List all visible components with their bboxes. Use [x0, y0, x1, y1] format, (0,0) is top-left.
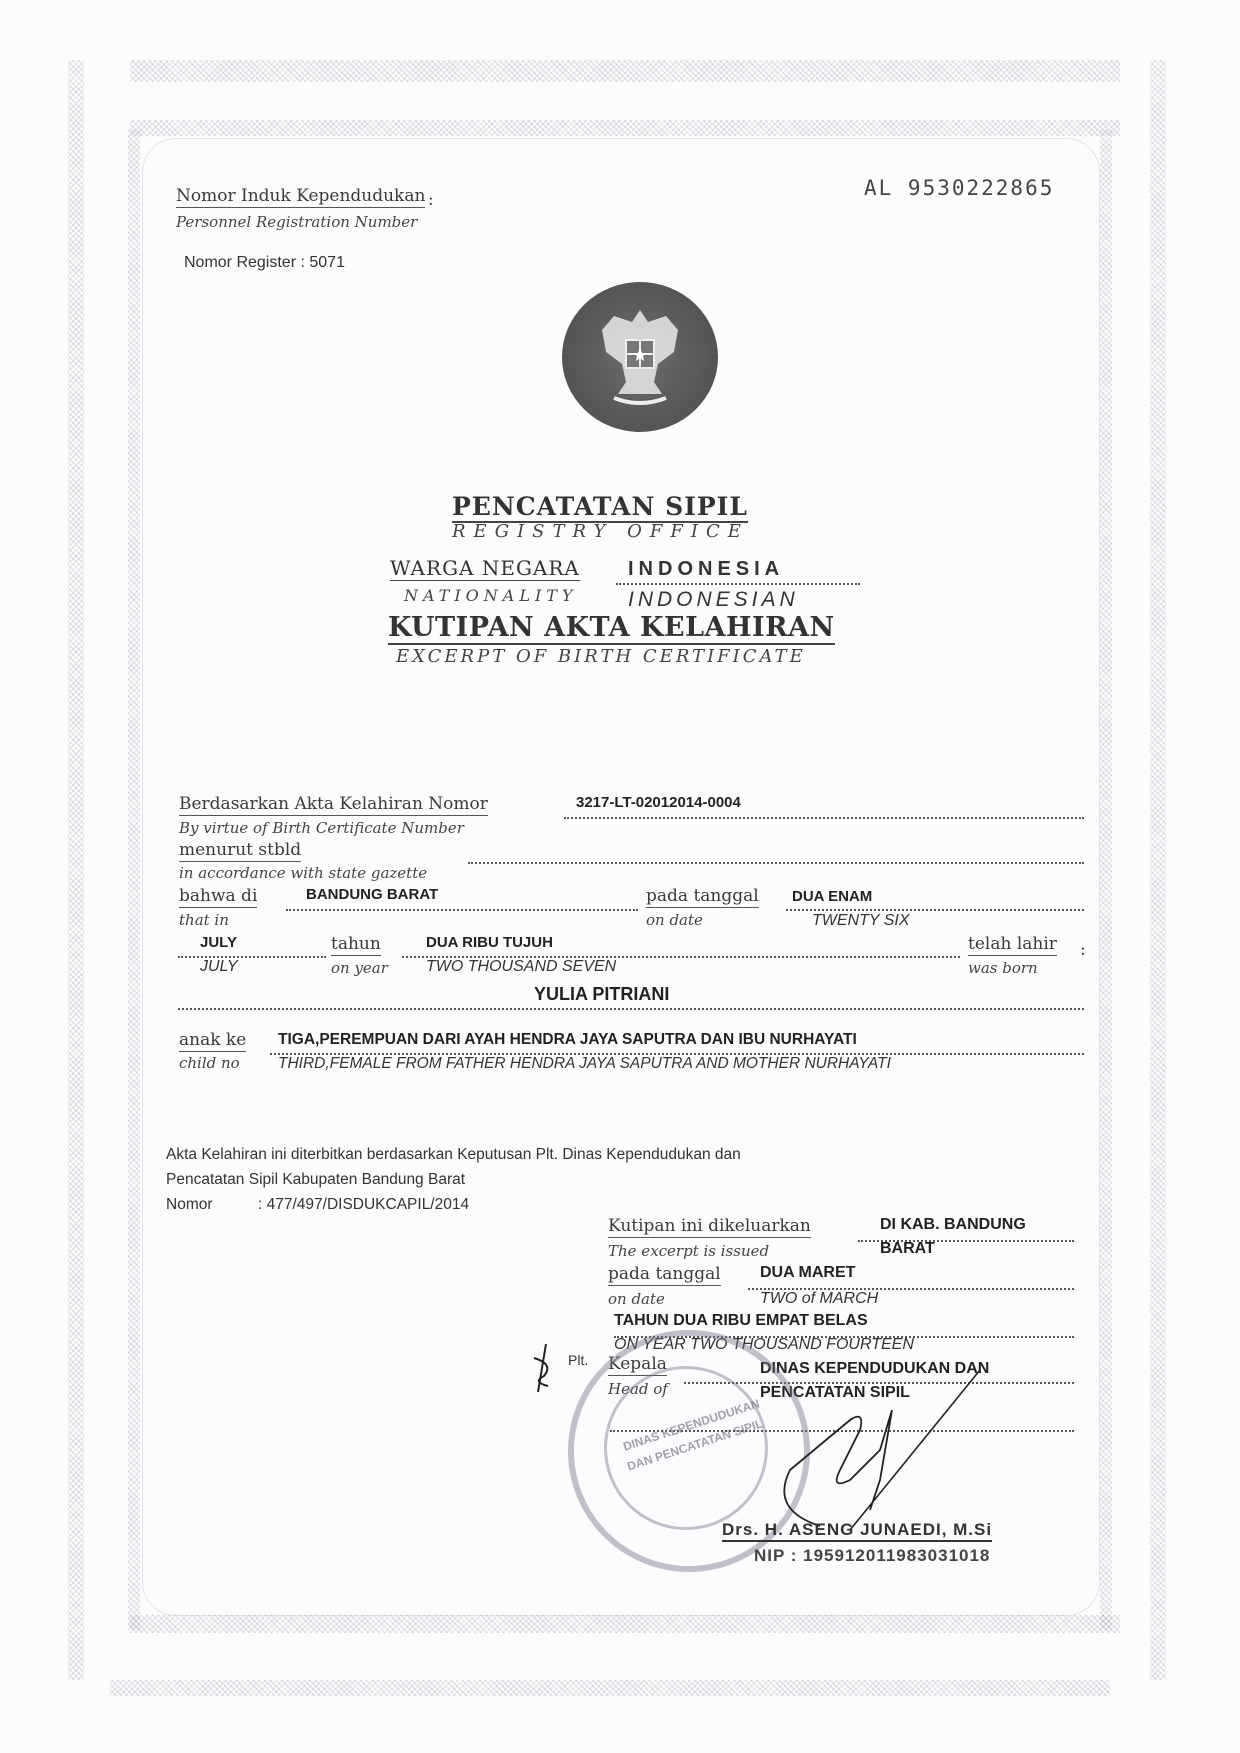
birth-month-value-en: JULY: [200, 958, 238, 976]
nationality-label: WARGA NEGARA: [390, 556, 580, 581]
birth-certificate-page: Nomor Induk Kependudukan : Personnel Reg…: [0, 0, 1240, 1753]
nationality-dotted-line: [616, 583, 860, 585]
stbld-dotted-line: [468, 862, 1084, 864]
birth-year-value: DUA RIBU TUJUH: [426, 934, 553, 951]
garuda-emblem-icon: [562, 282, 718, 432]
decree-number-label: Nomor: [166, 1196, 213, 1214]
office-title: PENCATATAN SIPIL: [452, 492, 748, 523]
document-title: KUTIPAN AKTA KELAHIRAN: [388, 612, 835, 645]
document-title-en: EXCERPT OF BIRTH CERTIFICATE: [396, 646, 806, 667]
nationality-value-en: INDONESIAN: [628, 588, 799, 612]
register-number: Nomor Register : 5071: [184, 254, 345, 272]
nationality-label-en: NATIONALITY: [404, 586, 578, 605]
place-label: bahwa di: [179, 886, 257, 908]
issued-label-en: The excerpt is issued: [608, 1242, 769, 1260]
stbld-label: menurut stbld: [179, 840, 301, 862]
place-value: BANDUNG BARAT: [306, 886, 438, 903]
office-title-en: REGISTRY OFFICE: [452, 521, 749, 542]
born-colon: :: [1080, 940, 1086, 960]
birth-date-dotted-line: [786, 909, 1084, 911]
issued-date-value: DUA MARET: [760, 1264, 855, 1282]
serial-number: AL 9530222865: [864, 176, 1054, 200]
cert-number-value: 3217-LT-02012014-0004: [576, 794, 741, 811]
nik-colon: :: [428, 190, 434, 210]
decree-line-2: Pencatatan Sipil Kabupaten Bandung Barat: [166, 1171, 465, 1189]
decorative-border-bottom-inner: [130, 1615, 1120, 1633]
child-name: YULIA PITRIANI: [534, 984, 669, 1005]
issued-date-label-en: on date: [608, 1290, 665, 1308]
issued-date-value-en: TWO of MARCH: [760, 1290, 878, 1308]
cert-number-label-en: By virtue of Birth Certificate Number: [179, 819, 464, 837]
cert-number-label: Berdasarkan Akta Kelahiran Nomor: [179, 794, 488, 816]
issued-place-line-2: BARAT: [880, 1240, 935, 1258]
issued-year-value: TAHUN DUA RIBU EMPAT BELAS: [614, 1312, 868, 1330]
decorative-border-left-inner: [128, 130, 140, 1630]
place-dotted-line: [286, 909, 638, 911]
nik-label-en: Personnel Registration Number: [176, 213, 417, 231]
child-name-dotted-line: [178, 1008, 1084, 1010]
birth-date-label: pada tanggal: [646, 886, 759, 908]
issued-date-label: pada tanggal: [608, 1264, 721, 1286]
issued-label: Kutipan ini dikeluarkan: [608, 1216, 811, 1238]
born-label-en: was born: [968, 959, 1038, 977]
signature-strokes: [520, 1330, 1080, 1550]
decorative-border-left: [68, 60, 84, 1680]
born-label: telah lahir: [968, 934, 1057, 956]
birth-year-label-en: on year: [331, 959, 388, 977]
nationality-value: INDONESIA: [628, 558, 784, 581]
stbld-label-en: in accordance with state gazette: [179, 864, 427, 882]
birth-year-value-en: TWO THOUSAND SEVEN: [426, 958, 616, 976]
signatory-nip: NIP : 195912011983031018: [754, 1546, 990, 1566]
birth-year-label: tahun: [331, 934, 381, 956]
birth-date-value-en: TWENTY SIX: [812, 912, 910, 930]
child-no-value: TIGA,PEREMPUAN DARI AYAH HENDRA JAYA SAP…: [278, 1031, 857, 1049]
decorative-border-right-inner: [1100, 130, 1112, 1630]
birth-date-value: DUA ENAM: [792, 888, 872, 905]
issued-place-line-1: DI KAB. BANDUNG: [880, 1216, 1026, 1234]
decree-number-value: : 477/497/DISDUKCAPIL/2014: [258, 1196, 469, 1214]
decorative-border-bottom: [110, 1680, 1110, 1696]
decorative-border-top-inner: [130, 120, 1120, 136]
decorative-border-right: [1150, 60, 1166, 1680]
decorative-border-top: [130, 60, 1120, 82]
child-no-value-en: THIRD,FEMALE FROM FATHER HENDRA JAYA SAP…: [278, 1055, 891, 1073]
cert-number-dotted-line: [564, 817, 1084, 819]
child-no-label: anak ke: [179, 1030, 246, 1052]
birth-date-label-en: on date: [646, 911, 703, 929]
decree-line-1: Akta Kelahiran ini diterbitkan berdasark…: [166, 1146, 741, 1164]
child-no-label-en: child no: [179, 1054, 240, 1072]
place-label-en: that in: [179, 911, 229, 929]
birth-month-value: JULY: [200, 934, 237, 951]
nik-label: Nomor Induk Kependudukan: [176, 186, 425, 208]
signatory-name: Drs. H. ASENG JUNAEDI, M.Si: [722, 1520, 992, 1542]
